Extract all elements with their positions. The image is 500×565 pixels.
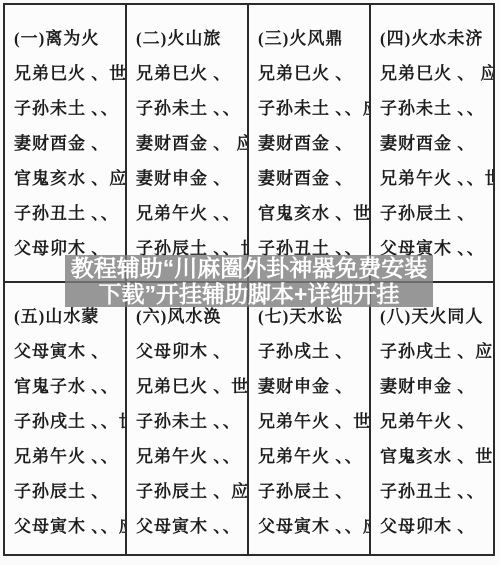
hexagram-cell-3: (三)火风鼎 兄弟巳火 、 子孙未土 、、应 妻财酉金 、 妻财酉金 、 官鬼亥… [249, 5, 371, 281]
hexagram-line: 妻财酉金 、 [380, 126, 489, 161]
hexagram-line: 妻财申金 、 [258, 369, 365, 404]
hexagram-line: 父母卯木 、 [136, 334, 243, 369]
hexagram-line: 兄弟午火 、、 [136, 196, 243, 231]
hexagram-line: 兄弟巳火 、世 [14, 56, 121, 91]
hexagram-cell-4: (四)火水未济 兄弟巳火 、 应 子孙未土 、、 妻财酉金 、 兄弟午火 、、世… [371, 5, 493, 281]
hexagram-line: 子孙辰土 、 [258, 474, 365, 509]
hexagram-line: 父母寅木 、、应 [258, 509, 365, 544]
hexagram-line: 子孙未土 、、 [14, 91, 121, 126]
hexagram-line: 子孙戌土 、 [258, 334, 365, 369]
hexagram-line: 兄弟巳火 、世 [136, 369, 243, 404]
hexagram-line: 兄弟巳火 、 [258, 56, 365, 91]
hexagram-title: (四)火水未济 [380, 21, 489, 56]
hexagram-line: 子孙丑土 、、 [380, 474, 489, 509]
hexagram-line: 妻财申金 、 [136, 161, 243, 196]
hexagram-line: 子孙戌土 、应 [380, 334, 489, 369]
hexagram-line: 妻财申金 、 [380, 369, 489, 404]
hexagram-line: 子孙未土 、、应 [258, 91, 365, 126]
hexagram-line: 兄弟巳火 、 应 [380, 56, 489, 91]
hexagram-line: 父母卯木 、 [380, 509, 489, 544]
hexagram-line: 兄弟午火 、世 [258, 404, 365, 439]
hexagram-title: (三)火风鼎 [258, 21, 365, 56]
hexagram-line: 兄弟午火 、、 [136, 439, 243, 474]
hexagram-line: 子孙辰土 、 [14, 474, 121, 509]
hexagram-line: 父母寅木 、、应 [14, 509, 121, 544]
hexagram-line: 妻财酉金 、 [258, 126, 365, 161]
hexagram-line: 兄弟午火 、、世 [380, 161, 489, 196]
hexagram-line: 子孙丑土 、、 [14, 196, 121, 231]
hexagram-line: 父母寅木 、、 [136, 509, 243, 544]
hexagram-line: 子孙未土 、、 [136, 404, 243, 439]
hexagram-line: 官鬼亥水 、应 [14, 161, 121, 196]
hexagram-line: 子孙辰土 、应 [136, 474, 243, 509]
table-row-top: (一)离为火 兄弟巳火 、世 子孙未土 、、 妻财酉金 、 官鬼亥水 、应 子孙… [5, 5, 493, 283]
hexagram-line: 官鬼亥水 、世 [258, 196, 365, 231]
hexagram-line: 子孙未土 、、 [380, 91, 489, 126]
hexagram-line: 妻财酉金 、 [14, 126, 121, 161]
hexagram-line: 官鬼亥水 、世 [380, 439, 489, 474]
banner-text-line-2: 下载”开挂辅助脚本+详细开挂 [99, 281, 400, 307]
hexagram-line: 父母寅木 、 [14, 334, 121, 369]
hexagram-line: 子孙未土 、、 [136, 91, 243, 126]
hexagram-cell-5: (五)山水蒙 父母寅木 、 官鬼子水 、、 子孙戌土 、、世 兄弟午火 、、 子… [5, 283, 127, 554]
hexagram-cell-1: (一)离为火 兄弟巳火 、世 子孙未土 、、 妻财酉金 、 官鬼亥水 、应 子孙… [5, 5, 127, 281]
hexagram-cell-2: (二)火山旅 兄弟巳火 、 子孙未土 、、 妻财酉金 、 应 妻财申金 、 兄弟… [127, 5, 249, 281]
scanned-page: (一)离为火 兄弟巳火 、世 子孙未土 、、 妻财酉金 、 官鬼亥水 、应 子孙… [0, 0, 500, 565]
hexagram-cell-7: (七)天水讼 子孙戌土 、 妻财申金 、 兄弟午火 、世 兄弟午火 、、 子孙辰… [249, 283, 371, 554]
banner-text-line-1: 教程辅助“川麻圈外卦神器免费安装 [71, 255, 428, 281]
hexagram-line: 兄弟午火 、 [380, 404, 489, 439]
hexagram-cell-6: (六)风水涣 父母卯木 、 兄弟巳火 、世 子孙未土 、、 兄弟午火 、、 子孙… [127, 283, 249, 554]
hexagram-line: 官鬼子水 、、 [14, 369, 121, 404]
hexagram-line: 兄弟巳火 、 [136, 56, 243, 91]
hexagram-line: 妻财酉金 、 应 [136, 126, 243, 161]
hexagram-line: 子孙戌土 、、世 [14, 404, 121, 439]
spam-overlay-banner: 教程辅助“川麻圈外卦神器免费安装 下载”开挂辅助脚本+详细开挂 [65, 255, 433, 307]
hexagram-line: 兄弟午火 、、 [14, 439, 121, 474]
hexagram-line: 兄弟午火 、、 [258, 439, 365, 474]
table-row-bottom: (五)山水蒙 父母寅木 、 官鬼子水 、、 子孙戌土 、、世 兄弟午火 、、 子… [5, 283, 493, 554]
hexagram-line: 子孙辰土 、 [380, 196, 489, 231]
hexagram-title: (一)离为火 [14, 21, 121, 56]
hexagram-cell-8: (八)天火同人 子孙戌土 、应 妻财申金 、 兄弟午火 、 官鬼亥水 、世 子孙… [371, 283, 493, 554]
hexagram-line: 妻财酉金 、 [258, 161, 365, 196]
hexagram-title: (二)火山旅 [136, 21, 243, 56]
